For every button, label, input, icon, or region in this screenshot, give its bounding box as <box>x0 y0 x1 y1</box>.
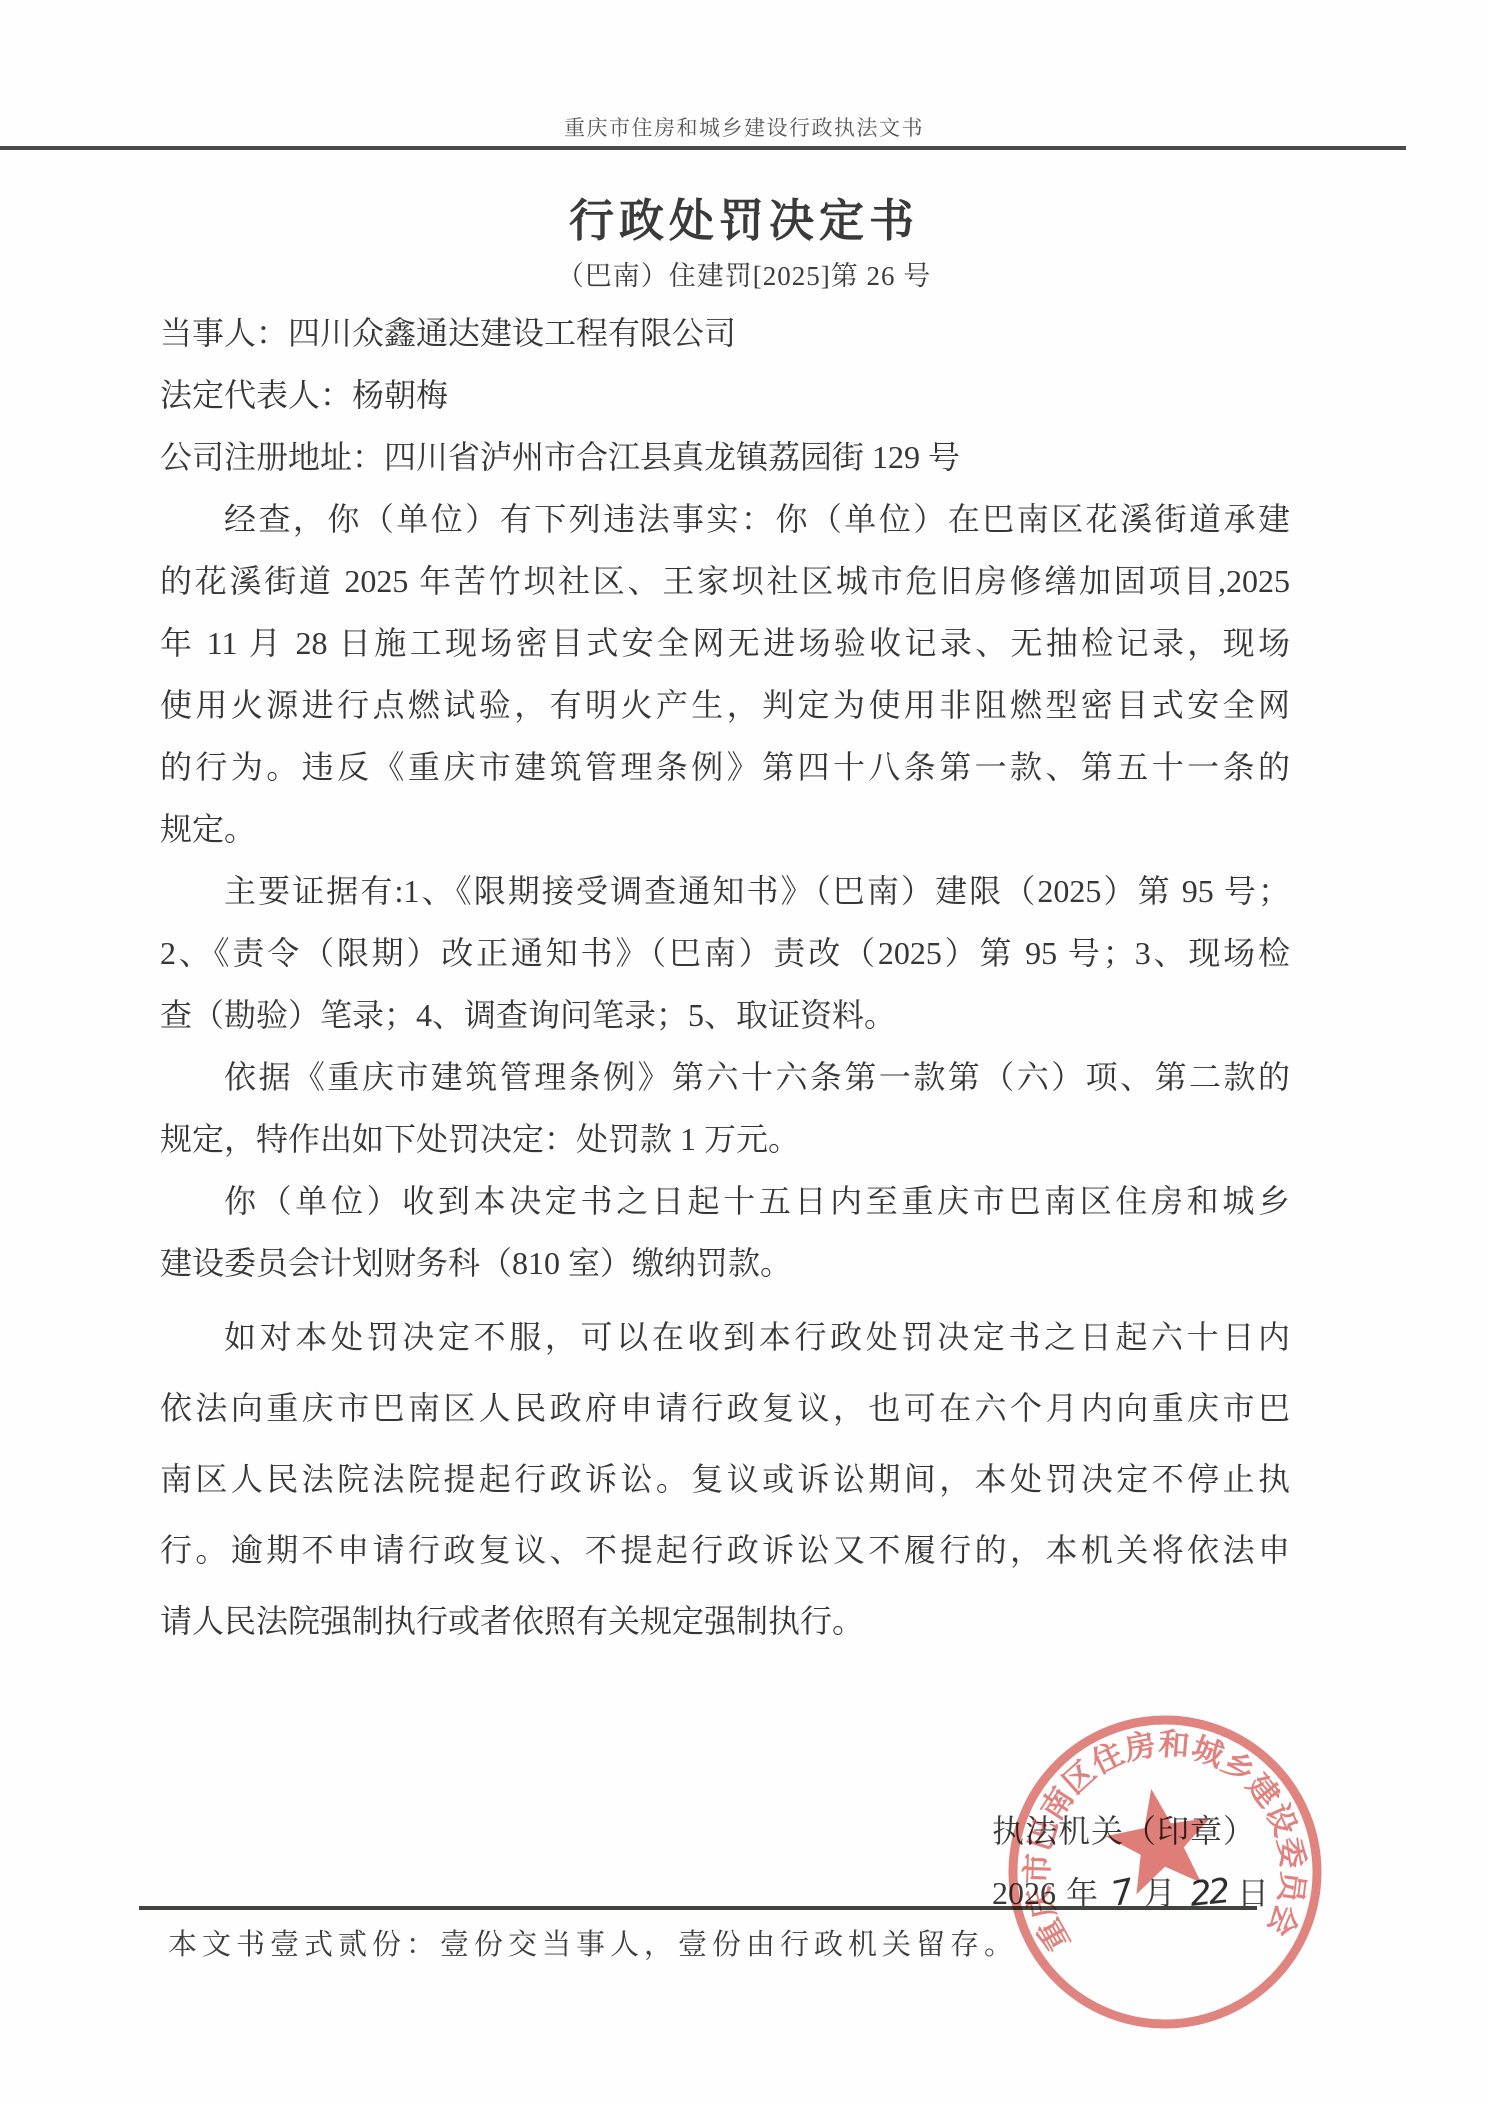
body-line: 经查，你（单位）有下列违法事实：你（单位）在巴南区花溪街道承建 <box>160 488 1290 550</box>
body-line: 你（单位）收到本决定书之日起十五日内至重庆市巴南区住房和城乡 <box>160 1170 1290 1232</box>
legal-representative-line: 法定代表人：杨朝梅 <box>160 364 1290 426</box>
body-line: 的花溪街道 2025 年苦竹坝社区、王家坝社区城市危旧房修缮加固项目,2025 <box>160 550 1290 612</box>
body-line: 的行为。违反《重庆市建筑管理条例》第四十八条第一款、第五十一条的 <box>160 736 1290 798</box>
enforcement-authority-label: 执法机关（印章） <box>992 1806 1256 1852</box>
appeal-paragraph: 如对本处罚决定不服，可以在收到本行政处罚决定书之日起六十日内 依法向重庆市巴南区… <box>160 1302 1290 1657</box>
company-address-label: 公司注册地址： <box>160 439 384 475</box>
body-line: 年 11 月 28 日施工现场密目式安全网无进场验收记录、无抽检记录，现场 <box>160 612 1290 674</box>
body-line: 如对本处罚决定不服，可以在收到本行政处罚决定书之日起六十日内 <box>160 1302 1290 1373</box>
document-letterhead: 重庆市住房和城乡建设行政执法文书 <box>0 112 1488 142</box>
penalty-decision-document: 重庆市住房和城乡建设行政执法文书 行政处罚决定书 （巴南）住建罚[2025]第 … <box>0 0 1488 2104</box>
legal-representative-label: 法定代表人： <box>160 377 352 413</box>
document-body: 当事人：四川众鑫通达建设工程有限公司 法定代表人：杨朝梅 公司注册地址：四川省泸… <box>160 302 1290 1657</box>
body-line: 请人民法院强制执行或者依照有关规定强制执行。 <box>160 1586 1290 1657</box>
document-number: （巴南）住建罚[2025]第 26 号 <box>0 254 1488 293</box>
body-line: 行。逾期不申请行政复议、不提起行政诉讼又不履行的，本机关将依法申 <box>160 1515 1290 1586</box>
body-line: 南区人民法院法院提起行政诉讼。复议或诉讼期间，本处罚决定不停止执 <box>160 1444 1290 1515</box>
legal-representative-value: 杨朝梅 <box>352 377 448 413</box>
party-label: 当事人： <box>160 315 288 351</box>
footer-divider <box>139 1906 1257 1910</box>
company-address-line: 公司注册地址：四川省泸州市合江县真龙镇荔园街 129 号 <box>160 426 1290 488</box>
letterhead-divider <box>0 146 1406 150</box>
body-line: 使用火源进行点燃试验，有明火产生，判定为使用非阻燃型密目式安全网 <box>160 674 1290 736</box>
company-address-value: 四川省泸州市合江县真龙镇荔园街 129 号 <box>384 439 960 475</box>
party-value: 四川众鑫通达建设工程有限公司 <box>288 315 736 351</box>
body-line: 主要证据有:1、《限期接受调查通知书》（巴南）建限（2025）第 95 号； <box>160 860 1290 922</box>
body-line: 2、《责令（限期）改正通知书》（巴南）责改（2025）第 95 号；3、现场检 <box>160 922 1290 984</box>
footer-note: 本文书壹式贰份：壹份交当事人，壹份由行政机关留存。 <box>168 1922 1018 1963</box>
body-line: 依法向重庆市巴南区人民政府申请行政复议，也可在六个月内向重庆市巴 <box>160 1373 1290 1444</box>
body-line: 查（勘验）笔录；4、调查询问笔录；5、取证资料。 <box>160 984 1290 1046</box>
body-line: 依据《重庆市建筑管理条例》第六十六条第一款第（六）项、第二款的 <box>160 1046 1290 1108</box>
body-line: 规定。 <box>160 798 1290 860</box>
party-line: 当事人：四川众鑫通达建设工程有限公司 <box>160 302 1290 364</box>
body-line: 规定，特作出如下处罚决定：处罚款 1 万元。 <box>160 1108 1290 1170</box>
body-line: 建设委员会计划财务科（810 室）缴纳罚款。 <box>160 1232 1290 1294</box>
document-title: 行政处罚决定书 <box>0 184 1488 249</box>
